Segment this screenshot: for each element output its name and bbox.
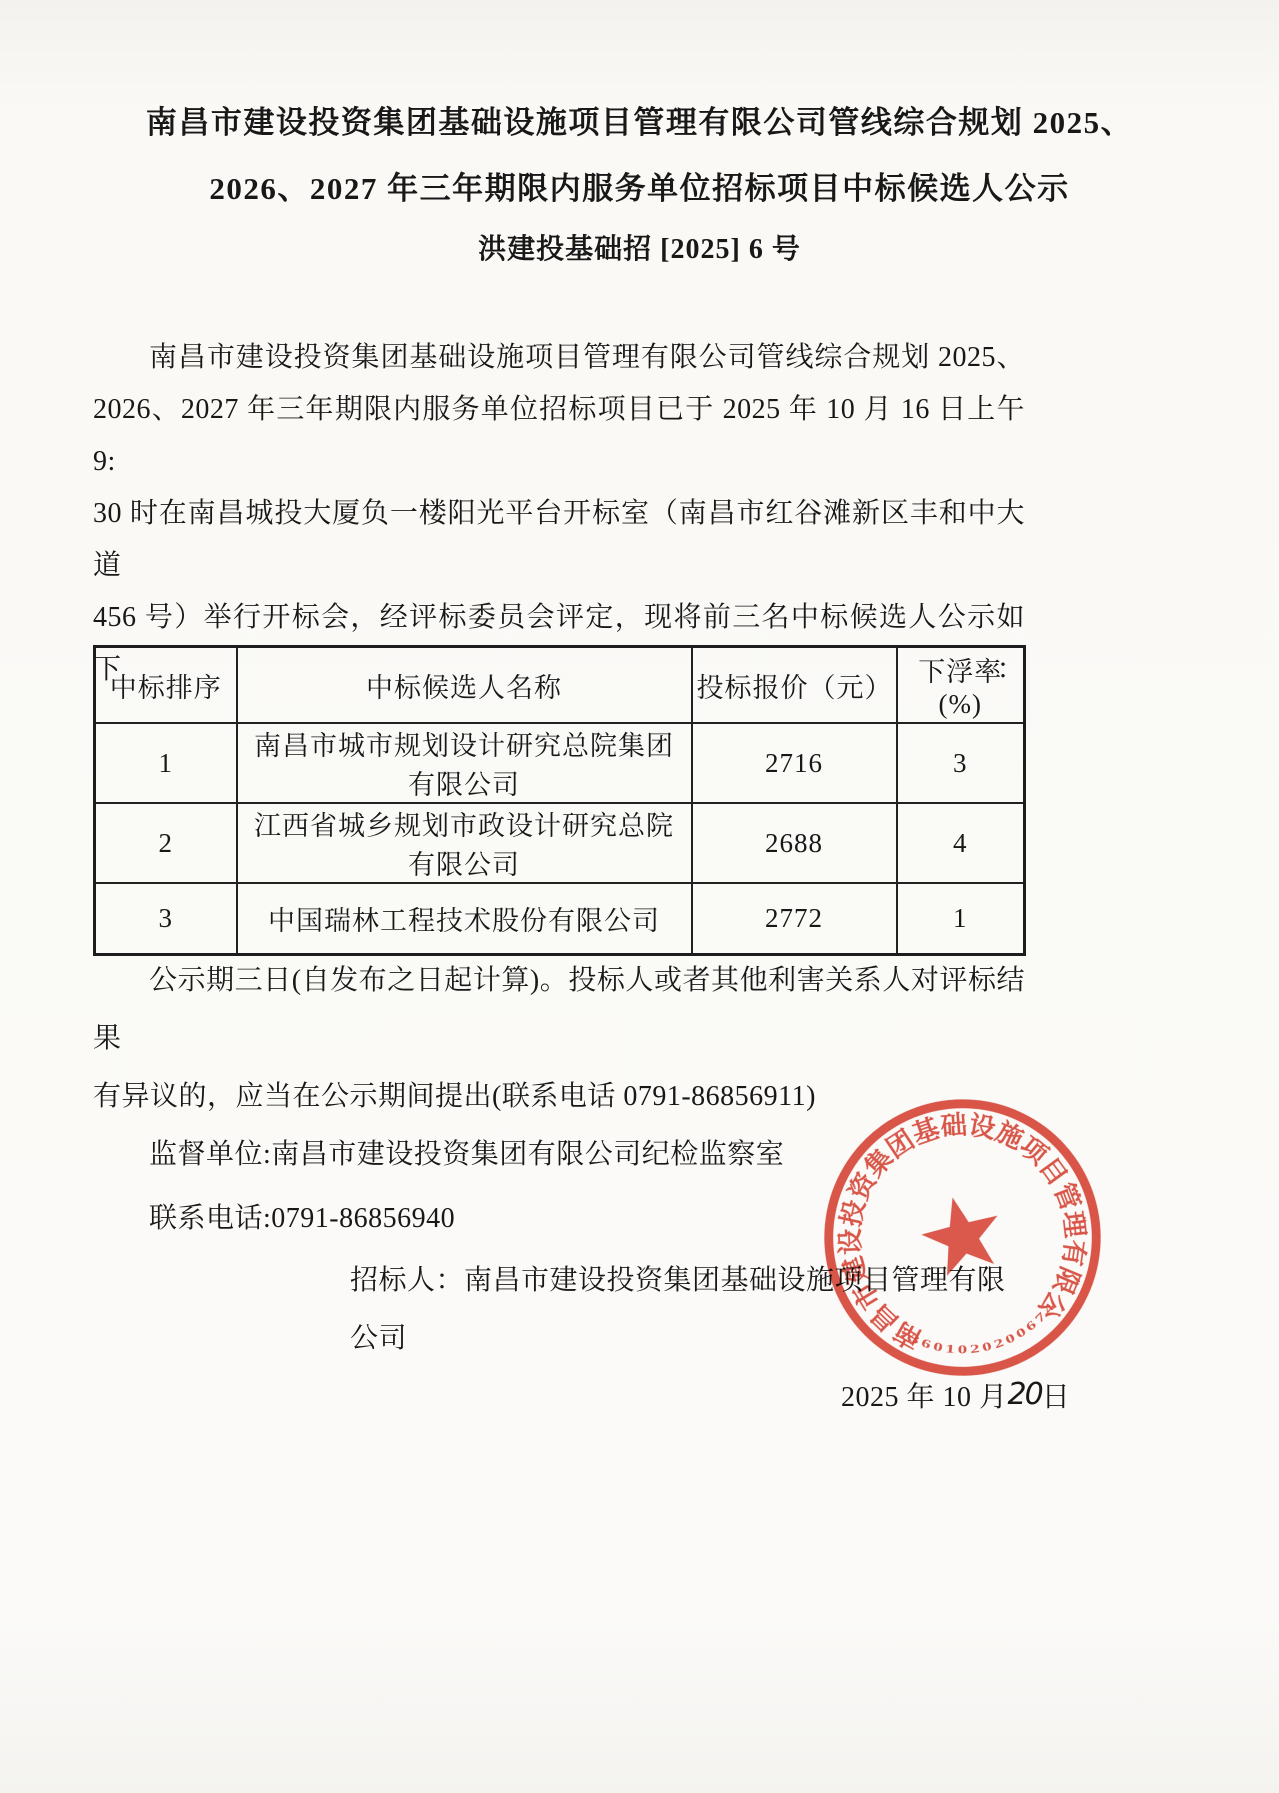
notice-line: 公示期三日(自发布之日起计算)。投标人或者其他利害关系人对评标结果 bbox=[93, 952, 1025, 1068]
date-line: 2025 年 10 月20日 bbox=[93, 1368, 1025, 1427]
body-line: 南昌市建设投资集团基础设施项目管理有限公司管线综合规划 2025、 bbox=[93, 332, 1025, 384]
document-page: 南昌市建设投资集团基础设施项目管理有限公司管线综合规划 2025、 2026、2… bbox=[0, 0, 1279, 1793]
table-row: 3 中国瑞林工程技术股份有限公司 2772 1 bbox=[95, 883, 1025, 955]
cell-discount-rate: 1 bbox=[897, 883, 1025, 955]
cell-bid-price: 2688 bbox=[692, 803, 897, 883]
cell-candidate-name: 中国瑞林工程技术股份有限公司 bbox=[237, 883, 692, 955]
cell-discount-rate: 3 bbox=[897, 723, 1025, 803]
table-header-row: 中标排序 中标候选人名称 投标报价（元） 下浮率(%) bbox=[95, 647, 1025, 724]
document-title: 南昌市建设投资集团基础设施项目管理有限公司管线综合规划 2025、 2026、2… bbox=[60, 90, 1219, 278]
date-prefix: 2025 年 10 月 bbox=[841, 1382, 1008, 1413]
handwritten-day: 20 bbox=[1008, 1377, 1042, 1412]
bid-candidates-table: 中标排序 中标候选人名称 投标报价（元） 下浮率(%) 1 南昌市城市规划设计研… bbox=[93, 645, 1026, 956]
body-paragraph: 南昌市建设投资集团基础设施项目管理有限公司管线综合规划 2025、 2026、2… bbox=[93, 332, 1025, 696]
footer-block: 公示期三日(自发布之日起计算)。投标人或者其他利害关系人对评标结果 有异议的，应… bbox=[93, 952, 1025, 1427]
phone-line: 联系电话:0791-86856940 bbox=[93, 1190, 1025, 1248]
body-line: 30 时在南昌城投大厦负一楼阳光平台开标室（南昌市红谷滩新区丰和中大道 bbox=[93, 488, 1025, 592]
notice-line: 有异议的，应当在公示期间提出(联系电话 0791-86856911) bbox=[93, 1068, 1025, 1126]
document-title-line-2: 2026、2027 年三年期限内服务单位招标项目中标候选人公示 bbox=[60, 156, 1219, 222]
col-header-rank: 中标排序 bbox=[95, 647, 237, 724]
document-title-line-1: 南昌市建设投资集团基础设施项目管理有限公司管线综合规划 2025、 bbox=[60, 90, 1219, 156]
tenderer-line: 招标人：南昌市建设投资集团基础设施项目管理有限公司 bbox=[93, 1252, 1025, 1368]
body-line: 2026、2027 年三年期限内服务单位招标项目已于 2025 年 10 月 1… bbox=[93, 384, 1025, 488]
cell-rank: 3 bbox=[95, 883, 237, 955]
cell-candidate-name: 南昌市城市规划设计研究总院集团有限公司 bbox=[237, 723, 692, 803]
supervisor-line: 监督单位:南昌市建设投资集团有限公司纪检监察室 bbox=[93, 1126, 1025, 1184]
col-header-bid-price: 投标报价（元） bbox=[692, 647, 897, 724]
cell-discount-rate: 4 bbox=[897, 803, 1025, 883]
document-number: 洪建投基础招 [2025] 6 号 bbox=[60, 222, 1219, 278]
col-header-candidate-name: 中标候选人名称 bbox=[237, 647, 692, 724]
cell-candidate-name: 江西省城乡规划市政设计研究总院有限公司 bbox=[237, 803, 692, 883]
date-suffix: 日 bbox=[1042, 1382, 1071, 1413]
cell-rank: 1 bbox=[95, 723, 237, 803]
cell-bid-price: 2772 bbox=[692, 883, 897, 955]
cell-bid-price: 2716 bbox=[692, 723, 897, 803]
col-header-discount-rate: 下浮率(%) bbox=[897, 647, 1025, 724]
table-row: 2 江西省城乡规划市政设计研究总院有限公司 2688 4 bbox=[95, 803, 1025, 883]
table-row: 1 南昌市城市规划设计研究总院集团有限公司 2716 3 bbox=[95, 723, 1025, 803]
cell-rank: 2 bbox=[95, 803, 237, 883]
